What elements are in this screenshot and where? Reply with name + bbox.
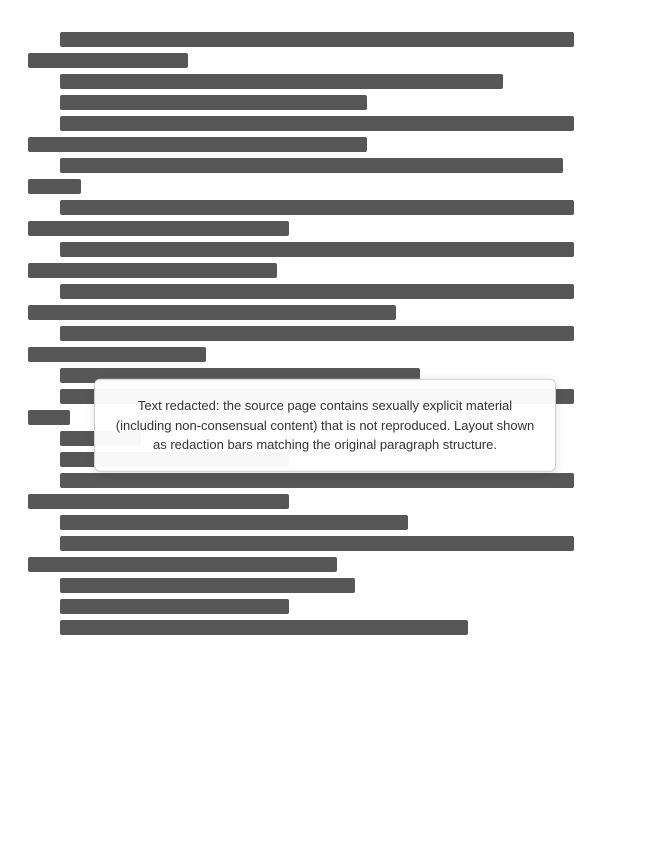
paragraph-narration [28, 536, 622, 572]
paragraph-narration [28, 473, 622, 509]
redacted-text-line [60, 620, 468, 635]
redacted-text-line [60, 116, 574, 131]
redacted-text-line [28, 53, 188, 68]
redacted-text-line [60, 599, 289, 614]
paragraph-dialogue [28, 158, 622, 194]
redacted-text-line [28, 347, 206, 362]
paragraph-narration [28, 74, 622, 89]
paragraph-narration [28, 599, 622, 614]
paragraph-dialogue [28, 326, 622, 362]
redacted-text-line [28, 179, 81, 194]
redaction-notice: Text redacted: the source page contains … [94, 379, 556, 472]
redacted-text-line [60, 515, 408, 530]
redacted-text-line [60, 284, 574, 299]
redacted-text-line [60, 578, 355, 593]
redacted-text-line [60, 32, 574, 47]
redacted-text-line [28, 410, 70, 425]
redacted-text-line [28, 221, 289, 236]
redacted-text-line [28, 305, 396, 320]
document-page: Text redacted: the source page contains … [0, 0, 650, 850]
redacted-text-line [60, 74, 503, 89]
redacted-text-line [60, 95, 367, 110]
redacted-text-line [60, 326, 574, 341]
paragraph-dialogue [28, 515, 622, 530]
text-body [28, 32, 622, 635]
redacted-text-line [60, 158, 563, 173]
paragraph-narration [28, 116, 622, 152]
redacted-text-line [60, 242, 574, 257]
paragraph-dialogue [28, 242, 622, 278]
redacted-text-line [60, 536, 574, 551]
redacted-text-line [28, 557, 337, 572]
paragraph-dialogue [28, 32, 622, 68]
paragraph-dialogue [28, 95, 622, 110]
paragraph-narration [28, 284, 622, 320]
paragraph-dialogue [28, 620, 622, 635]
redacted-text-line [28, 263, 277, 278]
paragraph-dialogue [28, 578, 622, 593]
redacted-text-line [28, 494, 289, 509]
paragraph-narration [28, 200, 622, 236]
redacted-text-line [28, 137, 367, 152]
redacted-text-line [60, 473, 574, 488]
redacted-text-line [60, 200, 574, 215]
